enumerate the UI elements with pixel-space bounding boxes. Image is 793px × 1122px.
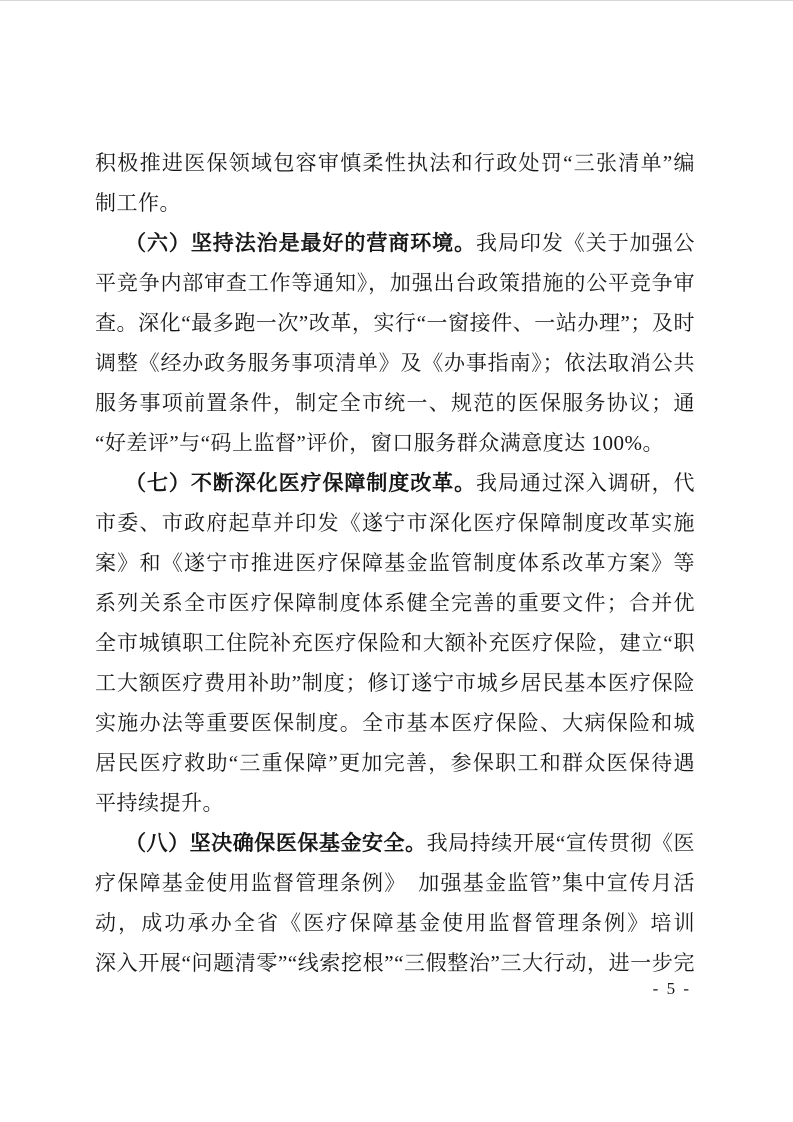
document-page: 积极推进医保领域包容审慎柔性执法和行政处罚“三张清单”编制工作。（六）坚持法治是… xyxy=(0,0,793,1122)
text-line: 查。深化“最多跑一次”改革，实行“一窗接件、一站办理”；及时 xyxy=(95,303,695,343)
text-line: 居民医疗救助“三重保障”更加完善，参保职工和群众医保待遇水 xyxy=(95,743,695,783)
document-body: 积极推进医保领域包容审慎柔性执法和行政处罚“三张清单”编制工作。（六）坚持法治是… xyxy=(95,143,695,983)
text-line: 疗保障基金使用监督管理条例》 加强基金监管”集中宣传月活 xyxy=(95,863,695,903)
text-line: 市委、市政府起草并印发《遂宁市深化医疗保障制度改革实施方 xyxy=(95,503,695,543)
text-line: “好差评”与“码上监督”评价，窗口服务群众满意度达 100%。 xyxy=(95,423,695,463)
page-number: - 5 - xyxy=(95,977,695,1001)
text-segment: 市委、市政府起草并印发《遂宁市深化医疗保障制度改革实施方 xyxy=(95,511,695,543)
text-segment: 查。深化“最多跑一次”改革，实行“一窗接件、一站办理”；及时 xyxy=(95,311,695,335)
paragraph-heading: （八）坚决确保医保基金安全。 xyxy=(125,831,427,855)
paragraph-heading: （七）不断深化医疗保障制度改革。 xyxy=(125,471,476,495)
text-segment: 我局印发《关于加强公 xyxy=(476,231,695,255)
text-segment: 全市城镇职工住院补充医疗保险和大额补充医疗保险，建立“职 xyxy=(95,631,695,655)
text-segment: 深入开展“问题清零”“线索挖根”“三假整治”三大行动，进一步完 xyxy=(95,951,695,975)
text-segment: 动，成功承办全省《医疗保障基金使用监督管理条例》培训班。 xyxy=(95,911,695,943)
text-line: 案》和《遂宁市推进医疗保障基金监管制度体系改革方案》等一 xyxy=(95,543,695,583)
text-segment: 案》和《遂宁市推进医疗保障基金监管制度体系改革方案》等一 xyxy=(95,551,695,583)
text-segment: 疗保障基金使用监督管理条例》 加强基金监管”集中宣传月活 xyxy=(95,871,695,895)
text-segment: 我局通过深入调研，代 xyxy=(476,471,695,495)
text-segment: 平持续提升。 xyxy=(95,791,224,815)
text-line: 系列关系全市医疗保障制度体系健全完善的重要文件；合并优化 xyxy=(95,583,695,623)
text-segment: “好差评”与“码上监督”评价，窗口服务群众满意度达 100%。 xyxy=(95,431,664,455)
text-line: （七）不断深化医疗保障制度改革。我局通过深入调研，代 xyxy=(95,463,695,503)
text-line: 平竞争内部审查工作等通知》，加强出台政策措施的公平竞争审 xyxy=(95,263,695,303)
text-segment: 工大额医疗费用补助”制度；修订遂宁市城乡居民基本医疗保险 xyxy=(95,671,695,695)
text-segment: 居民医疗救助“三重保障”更加完善，参保职工和群众医保待遇水 xyxy=(95,751,695,783)
text-line: 服务事项前置条件，制定全市统一、规范的医保服务协议；通过 xyxy=(95,383,695,423)
text-segment: 系列关系全市医疗保障制度体系健全完善的重要文件；合并优化 xyxy=(95,591,695,623)
text-segment: 平竞争内部审查工作等通知》，加强出台政策措施的公平竞争审 xyxy=(95,271,695,295)
text-line: 积极推进医保领域包容审慎柔性执法和行政处罚“三张清单”编 xyxy=(95,143,695,183)
text-segment: 我局持续开展“宣传贯彻《医 xyxy=(427,831,695,855)
text-line: 实施办法等重要医保制度。全市基本医疗保险、大病保险和城乡 xyxy=(95,703,695,743)
text-line: 平持续提升。 xyxy=(95,783,695,823)
text-segment: 调整《经办政务服务事项清单》及《办事指南》；依法取消公共 xyxy=(95,351,695,375)
text-line: 调整《经办政务服务事项清单》及《办事指南》；依法取消公共 xyxy=(95,343,695,383)
text-line: （六）坚持法治是最好的营商环境。我局印发《关于加强公 xyxy=(95,223,695,263)
text-line: 动，成功承办全省《医疗保障基金使用监督管理条例》培训班。 xyxy=(95,903,695,943)
text-segment: 实施办法等重要医保制度。全市基本医疗保险、大病保险和城乡 xyxy=(95,711,695,743)
text-line: 全市城镇职工住院补充医疗保险和大额补充医疗保险，建立“职 xyxy=(95,623,695,663)
paragraph-heading: （六）坚持法治是最好的营商环境。 xyxy=(125,231,476,255)
text-segment: 积极推进医保领域包容审慎柔性执法和行政处罚“三张清单”编 xyxy=(95,151,695,175)
text-segment: 制工作。 xyxy=(95,191,181,215)
text-line: 制工作。 xyxy=(95,183,695,223)
text-line: 工大额医疗费用补助”制度；修订遂宁市城乡居民基本医疗保险 xyxy=(95,663,695,703)
text-segment: 服务事项前置条件，制定全市统一、规范的医保服务协议；通过 xyxy=(95,391,695,423)
text-line: （八）坚决确保医保基金安全。我局持续开展“宣传贯彻《医 xyxy=(95,823,695,863)
